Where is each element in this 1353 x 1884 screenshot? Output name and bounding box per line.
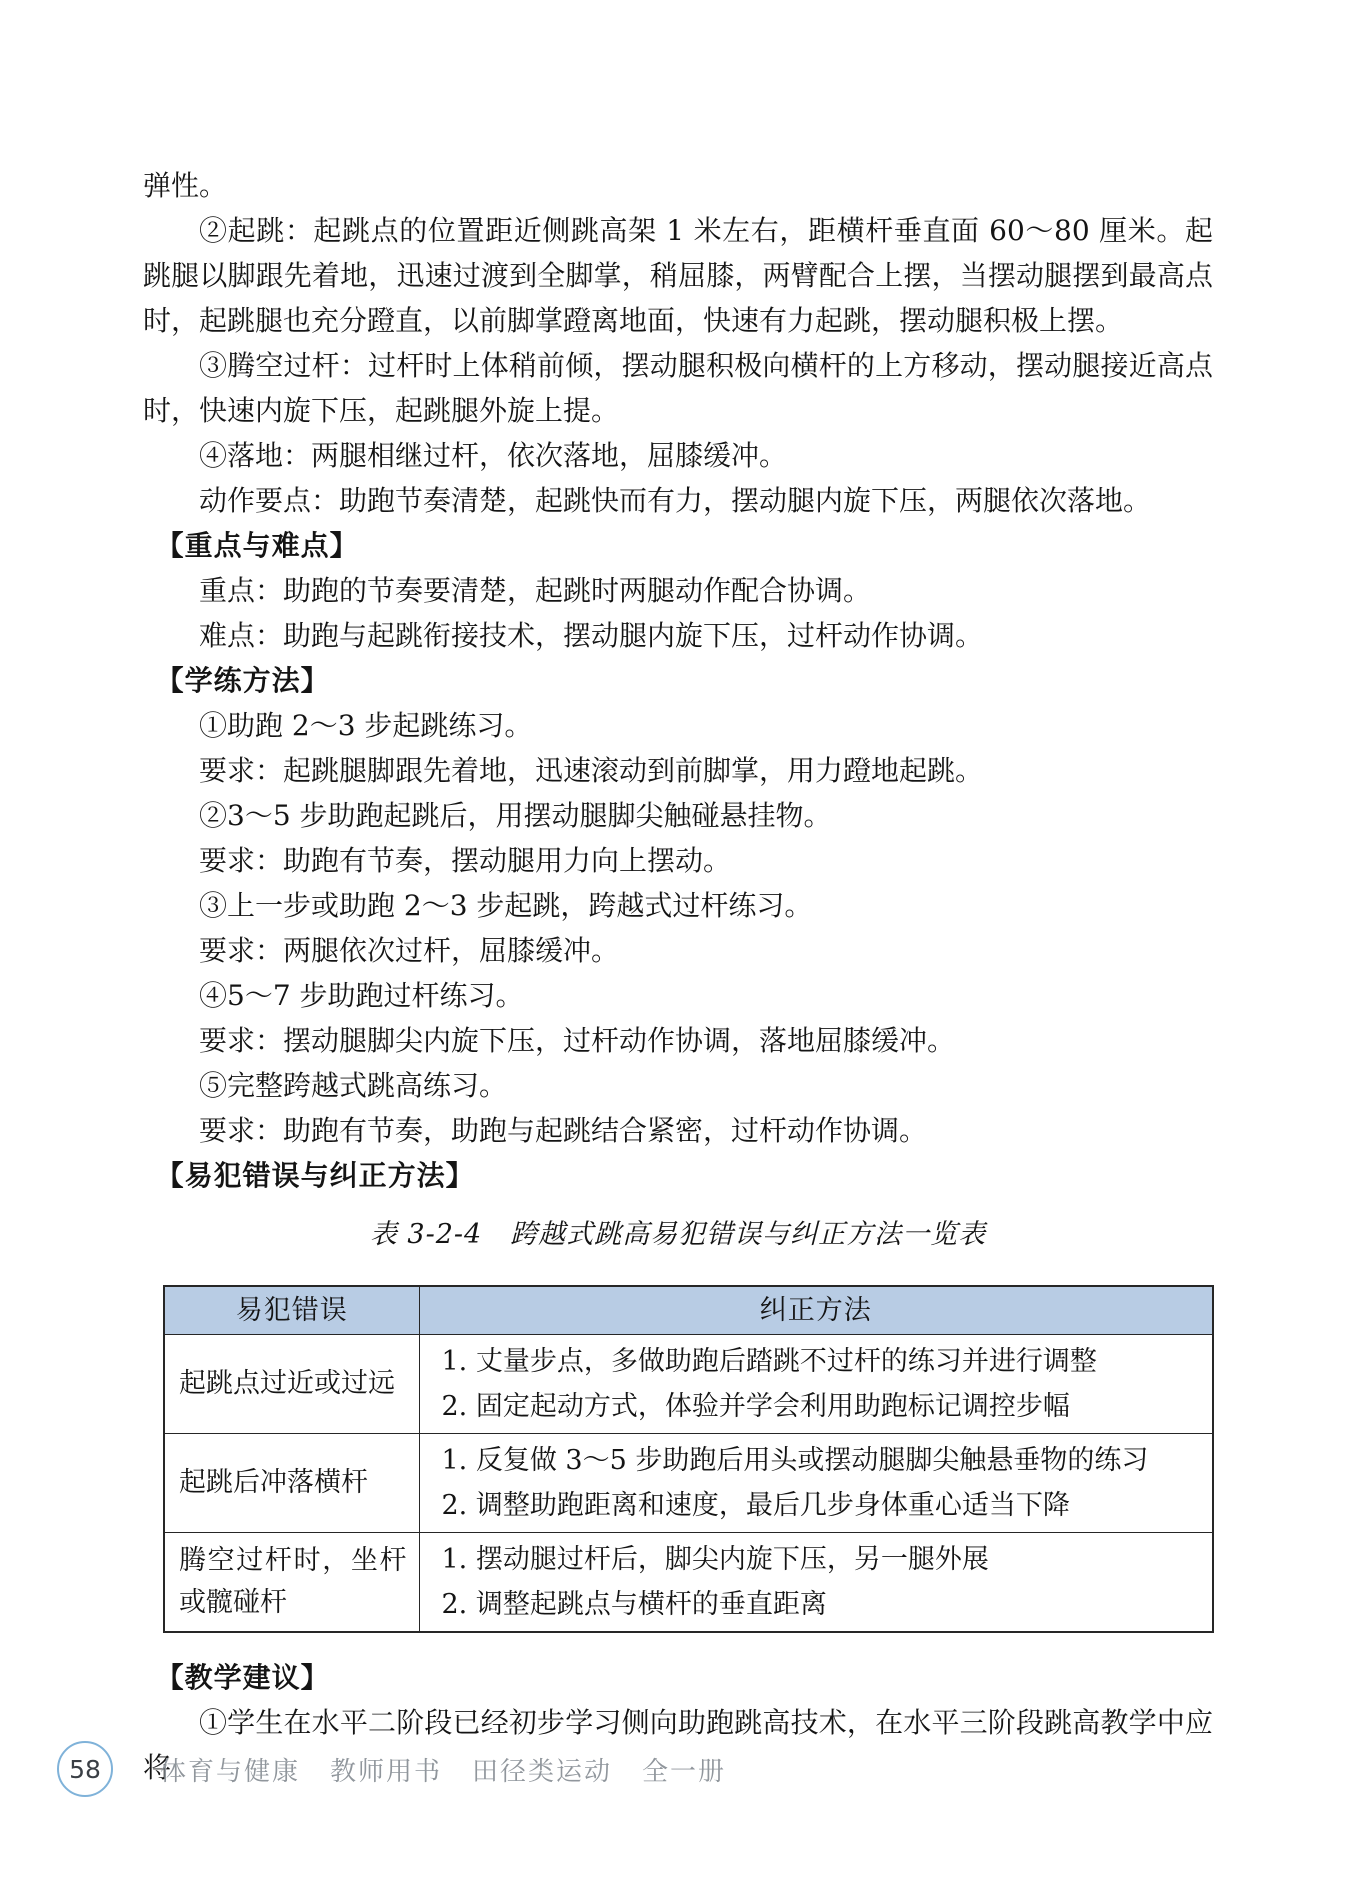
correction-line: 1. 反复做 3～5 步助跑后用头或摆动腿脚尖触悬垂物的练习 (442, 1438, 1203, 1483)
page-number-badge: 58 (57, 1741, 113, 1797)
paragraph-practice-4-req: 要求：摆动腿脚尖内旋下压，过杆动作协调，落地屈膝缓冲。 (143, 1018, 1213, 1063)
paragraph-difficult-point: 难点：助跑与起跳衔接技术，摆动腿内旋下压，过杆动作协调。 (143, 613, 1213, 658)
correction-cell: 1. 反复做 3～5 步助跑后用头或摆动腿脚尖触悬垂物的练习 2. 调整助跑距离… (419, 1434, 1213, 1533)
correction-line: 1. 丈量步点，多做助跑后踏跳不过杆的练习并进行调整 (442, 1339, 1203, 1384)
page-footer: 58 体育与健康 教师用书 田径类运动 全一册 (57, 1741, 1297, 1797)
error-cell: 起跳后冲落横杆 (164, 1434, 419, 1533)
paragraph-key-point: 重点：助跑的节奏要清楚，起跳时两腿动作配合协调。 (143, 568, 1213, 613)
footer-book-subject: 田径类运动 (472, 1751, 612, 1788)
paragraph-takeoff: ②起跳：起跳点的位置距近侧跳高架 1 米左右，距横杆垂直面 60～80 厘米。起… (143, 208, 1213, 343)
table-row: 起跳点过近或过远 1. 丈量步点，多做助跑后踏跳不过杆的练习并进行调整 2. 固… (164, 1335, 1213, 1434)
paragraph-practice-5: ⑤完整跨越式跳高练习。 (143, 1063, 1213, 1108)
section-heading-key-difficult: 【重点与难点】 (143, 523, 1213, 568)
paragraph-landing: ④落地：两腿相继过杆，依次落地，屈膝缓冲。 (143, 433, 1213, 478)
footer-book-volume: 全一册 (642, 1751, 726, 1788)
paragraph-practice-3-req: 要求：两腿依次过杆，屈膝缓冲。 (143, 928, 1213, 973)
section-heading-teaching-advice: 【教学建议】 (143, 1655, 1213, 1700)
section-heading-errors: 【易犯错误与纠正方法】 (143, 1153, 1213, 1198)
correction-line: 2. 调整助跑距离和速度，最后几步身体重心适当下降 (442, 1483, 1203, 1528)
page-body: 弹性。 ②起跳：起跳点的位置距近侧跳高架 1 米左右，距横杆垂直面 60～80 … (143, 163, 1213, 1790)
paragraph-action-points: 动作要点：助跑节奏清楚，起跳快而有力，摆动腿内旋下压，两腿依次落地。 (143, 478, 1213, 523)
table-caption: 表 3-2-4 跨越式跳高易犯错误与纠正方法一览表 (143, 1212, 1213, 1257)
correction-cell: 1. 丈量步点，多做助跑后踏跳不过杆的练习并进行调整 2. 固定起动方式，体验并… (419, 1335, 1213, 1434)
paragraph-practice-2: ②3～5 步助跑起跳后，用摆动腿脚尖触碰悬挂物。 (143, 793, 1213, 838)
correction-line: 2. 固定起动方式，体验并学会利用助跑标记调控步幅 (442, 1384, 1203, 1429)
paragraph-practice-1-req: 要求：起跳腿脚跟先着地，迅速滚动到前脚掌，用力蹬地起跳。 (143, 748, 1213, 793)
footer-book-title: 体育与健康 (160, 1751, 300, 1788)
paragraph-elasticity-tail: 弹性。 (143, 163, 1213, 208)
table-row: 起跳后冲落横杆 1. 反复做 3～5 步助跑后用头或摆动腿脚尖触悬垂物的练习 2… (164, 1434, 1213, 1533)
paragraph-practice-5-req: 要求：助跑有节奏，助跑与起跳结合紧密，过杆动作协调。 (143, 1108, 1213, 1153)
paragraph-practice-1: ①助跑 2～3 步起跳练习。 (143, 703, 1213, 748)
correction-cell: 1. 摆动腿过杆后，脚尖内旋下压，另一腿外展 2. 调整起跳点与横杆的垂直距离 (419, 1533, 1213, 1633)
table-header-error: 易犯错误 (164, 1286, 419, 1335)
correction-line: 1. 摆动腿过杆后，脚尖内旋下压，另一腿外展 (442, 1537, 1203, 1582)
paragraph-practice-3: ③上一步或助跑 2～3 步起跳，跨越式过杆练习。 (143, 883, 1213, 928)
paragraph-practice-4: ④5～7 步助跑过杆练习。 (143, 973, 1213, 1018)
table-header-correction: 纠正方法 (419, 1286, 1213, 1335)
page-number: 58 (69, 1755, 101, 1784)
error-correction-table: 易犯错误 纠正方法 起跳点过近或过远 1. 丈量步点，多做助跑后踏跳不过杆的练习… (163, 1285, 1214, 1633)
paragraph-practice-2-req: 要求：助跑有节奏，摆动腿用力向上摆动。 (143, 838, 1213, 883)
correction-line: 2. 调整起跳点与横杆的垂直距离 (442, 1582, 1203, 1627)
table-header-row: 易犯错误 纠正方法 (164, 1286, 1213, 1335)
paragraph-bar-clearance: ③腾空过杆：过杆时上体稍前倾，摆动腿积极向横杆的上方移动，摆动腿接近高点时，快速… (143, 343, 1213, 433)
footer-book-type: 教师用书 (330, 1751, 442, 1788)
error-cell: 腾空过杆时，坐杆或髋碰杆 (164, 1533, 419, 1633)
section-heading-practice: 【学练方法】 (143, 658, 1213, 703)
footer-book-info: 体育与健康 教师用书 田径类运动 全一册 (160, 1741, 726, 1797)
error-cell: 起跳点过近或过远 (164, 1335, 419, 1434)
table-row: 腾空过杆时，坐杆或髋碰杆 1. 摆动腿过杆后，脚尖内旋下压，另一腿外展 2. 调… (164, 1533, 1213, 1633)
